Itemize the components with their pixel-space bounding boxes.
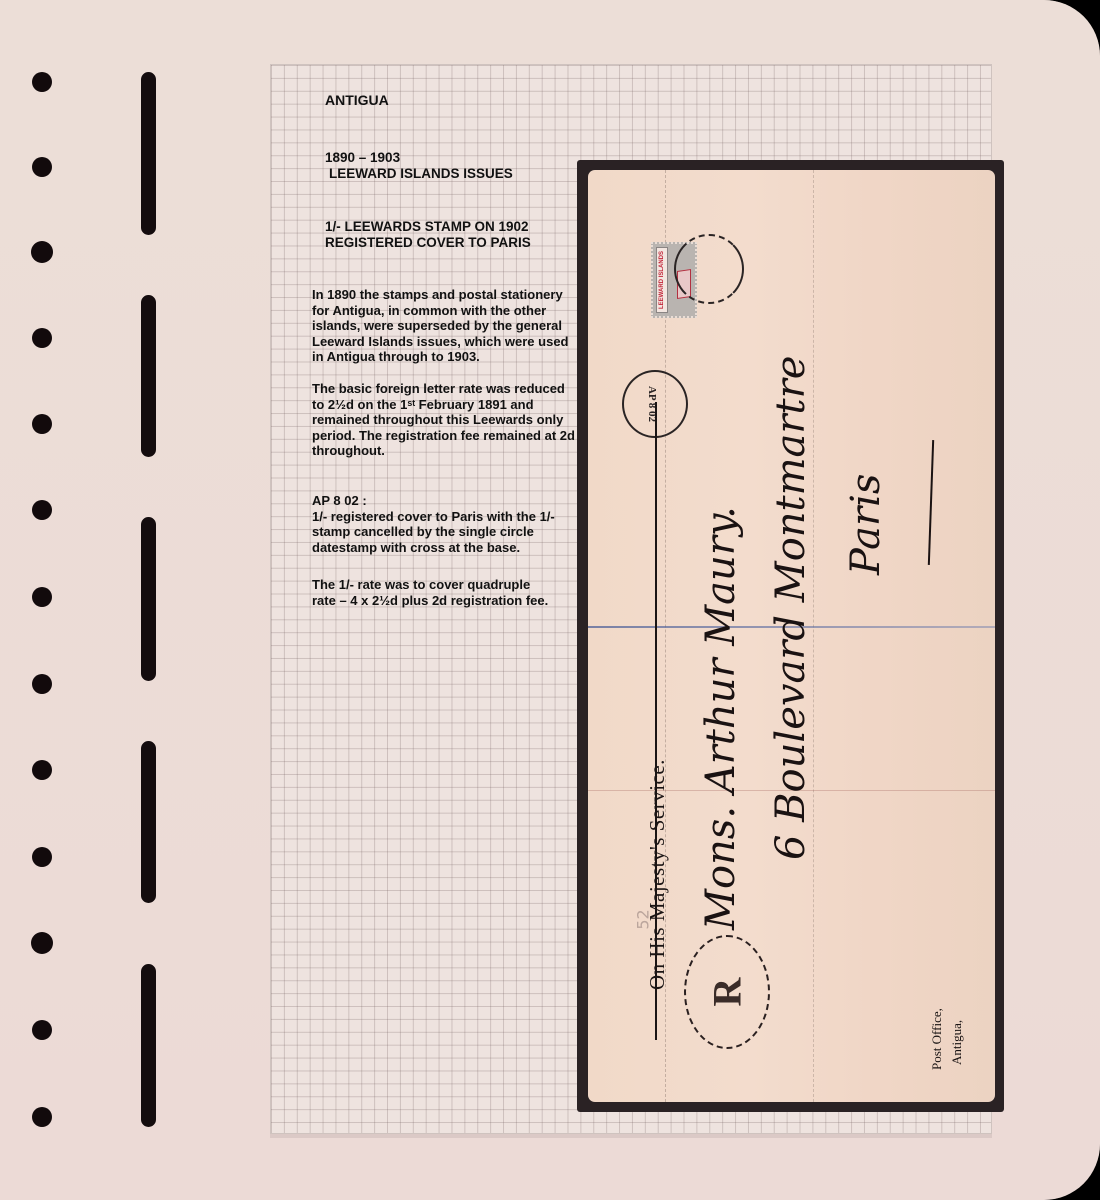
- registration-oval-handstamp: R: [684, 935, 770, 1049]
- binder-slot: [141, 517, 156, 681]
- sender-line-2: Antigua,: [949, 1020, 965, 1065]
- stamp-cancel-postmark: [674, 234, 744, 304]
- item-heading: 1/- LEEWARDS STAMP ON 1902 REGISTERED CO…: [325, 219, 531, 251]
- binder-slot: [141, 72, 156, 235]
- binder-hole: [31, 932, 53, 954]
- registration-letter: R: [704, 978, 751, 1007]
- item-heading-line2: REGISTERED COVER TO PARIS: [325, 235, 531, 251]
- binder-hole: [31, 241, 53, 263]
- rate-paragraph: The basic foreign letter rate was reduce…: [312, 381, 587, 459]
- paragraph-text: In 1890 the stamps and postal stationery…: [312, 287, 582, 365]
- binder-hole: [32, 1107, 52, 1127]
- registered-cover: LEEWARD ISLANDS AP 8 02 On His Majesty's…: [588, 170, 995, 1102]
- paragraph-text: The basic foreign letter rate was reduce…: [312, 381, 587, 459]
- rate-explanation: The 1/- rate was to cover quadruple rate…: [312, 577, 587, 608]
- binder-slot: [141, 964, 156, 1127]
- page-title: ANTIGUA: [325, 93, 389, 109]
- history-paragraph: In 1890 the stamps and postal stationery…: [312, 287, 582, 365]
- stamp-label: LEEWARD ISLANDS: [659, 251, 665, 309]
- binder-hole: [32, 1020, 52, 1040]
- paragraph-text: AP 8 02 : 1/- registered cover to Paris …: [312, 493, 587, 555]
- item-heading-line1: 1/- LEEWARDS STAMP ON 1902: [325, 219, 531, 235]
- binder-hole: [32, 587, 52, 607]
- underline: [928, 440, 934, 565]
- period-heading: 1890 – 1903 LEEWARD ISLANDS ISSUES: [325, 150, 513, 182]
- binder-hole: [32, 328, 52, 348]
- period-dates: 1890 – 1903: [325, 150, 513, 166]
- binder-hole: [32, 847, 52, 867]
- period-subtitle: LEEWARD ISLANDS ISSUES: [325, 166, 513, 182]
- binder-slot: [141, 295, 156, 457]
- album-page: ANTIGUA 1890 – 1903 LEEWARD ISLANDS ISSU…: [0, 0, 1100, 1200]
- binder-slot: [141, 741, 156, 903]
- pencil-note: 52: [634, 909, 653, 929]
- ohms-heading: On His Majesty's Service.: [645, 759, 670, 990]
- binder-hole: [32, 760, 52, 780]
- paragraph-text: The 1/- rate was to cover quadruple rate…: [312, 577, 587, 608]
- binder-hole: [32, 674, 52, 694]
- binder-hole: [32, 414, 52, 434]
- cover-description: AP 8 02 : 1/- registered cover to Paris …: [312, 493, 587, 555]
- address-line-3: Paris: [843, 474, 889, 575]
- sender-line-1: Post Office,: [929, 1008, 945, 1070]
- address-line-1: Mons. Arthur Maury.: [698, 506, 744, 930]
- binder-hole: [32, 72, 52, 92]
- binder-hole: [32, 157, 52, 177]
- binder-hole: [32, 500, 52, 520]
- address-line-2: 6 Boulevard Montmartre: [768, 356, 814, 860]
